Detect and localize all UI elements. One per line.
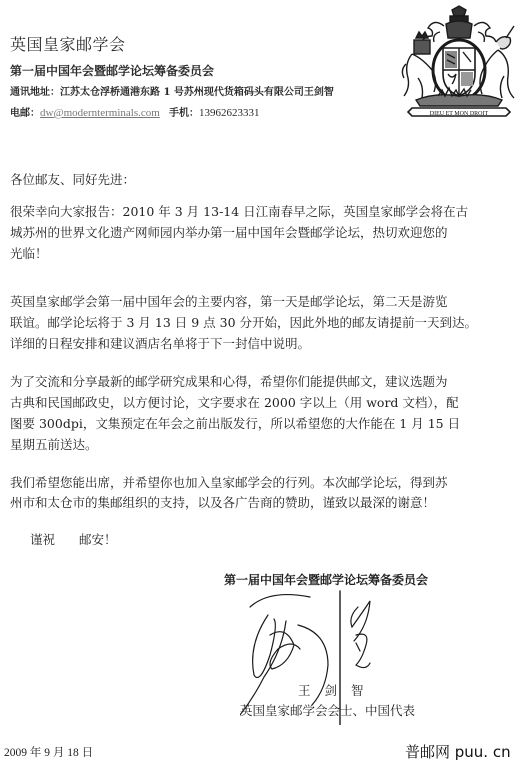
paragraph-line: 城苏州的世界文化遗产网师园内举办第一届中国年会暨邮学论坛，热切欢迎您的 xyxy=(10,222,470,243)
letter-date: 2009 年 9 月 18 日 xyxy=(4,744,93,760)
phone-label: 手机： xyxy=(169,108,199,119)
signer-name: 王剑智 xyxy=(298,681,378,699)
paragraph-line: 图要 300dpi，文集预定在年会之前出版发行，所以希望您的大作能在 1 月 1… xyxy=(10,413,470,434)
paragraph-line: 我们希望您能出席，并希望你也加入皇家邮学会的行列。本次邮学论坛，得到苏 xyxy=(10,473,470,493)
address-label: 通讯地址： xyxy=(10,87,60,98)
paragraph-3: 为了交流和分享最新的邮学研究成果和心得，希望你们能提供邮文，建议选题为 古典和民… xyxy=(10,371,470,455)
paragraph-line: 光临！ xyxy=(10,243,470,264)
closing-salutation: 谨祝邮安！ xyxy=(30,530,117,548)
paragraph-1: 很荣幸向大家报告：2010 年 3 月 13-14 日江南春早之际，英国皇家邮学… xyxy=(10,201,470,264)
paragraph-line: 详细的日程安排和建议酒店名单将于下一封信中说明。 xyxy=(10,333,470,354)
site-watermark: 普邮网 puu. cn xyxy=(405,741,511,762)
paragraph-line: 州市和太仓市的集邮组织的支持，以及各广告商的赞助，谨致以最深的谢意！ xyxy=(10,493,470,513)
paragraph-line: 星期五前送达。 xyxy=(10,434,470,455)
crest-motto: DIEU ET MON DROIT xyxy=(430,111,489,117)
phone-number: 13962623331 xyxy=(199,107,260,119)
email-label: 电邮： xyxy=(10,108,40,119)
closing-wish: 谨祝 xyxy=(30,532,55,547)
greeting: 各位邮友、同好先进： xyxy=(10,170,135,188)
signer-title: 英国皇家邮学会会士、中国代表 xyxy=(240,701,415,719)
address-value: 江苏太仓浮桥通港东路 1 号苏州现代货箱码头有限公司王剑智 xyxy=(60,87,334,98)
paragraph-4: 我们希望您能出席，并希望你也加入皇家邮学会的行列。本次邮学论坛，得到苏 州市和太… xyxy=(10,473,470,513)
organization-name: 英国皇家邮学会 xyxy=(10,32,126,55)
mailing-address: 通讯地址：江苏太仓浮桥通港东路 1 号苏州现代货箱码头有限公司王剑智 xyxy=(10,83,334,98)
contact-line: 电邮：dw@modernterminals.com 手机：13962623331 xyxy=(10,104,259,119)
royal-coat-of-arms-icon: DIEU ET MON DROIT xyxy=(398,4,520,122)
committee-name: 第一届中国年会暨邮学论坛筹备委员会 xyxy=(10,62,214,79)
paragraph-line: 很荣幸向大家报告：2010 年 3 月 13-14 日江南春早之际，英国皇家邮学… xyxy=(10,201,470,222)
paragraph-line: 英国皇家邮学会第一届中国年会的主要内容，第一天是邮学论坛，第二天是游览 xyxy=(10,291,470,312)
email-link[interactable]: dw@modernterminals.com xyxy=(40,107,160,119)
paragraph-line: 古典和民国邮政史，以方便讨论，文字要求在 2000 字以上（用 word 文档）… xyxy=(10,392,470,413)
paragraph-line: 为了交流和分享最新的邮学研究成果和心得，希望你们能提供邮文，建议选题为 xyxy=(10,371,470,392)
closing-blessing: 邮安！ xyxy=(79,532,117,547)
paragraph-2: 英国皇家邮学会第一届中国年会的主要内容，第一天是邮学论坛，第二天是游览 联谊。邮… xyxy=(10,291,470,354)
paragraph-line: 联谊。邮学论坛将于 3 月 13 日 9 点 30 分开始，因此外地的邮友请提前… xyxy=(10,312,470,333)
